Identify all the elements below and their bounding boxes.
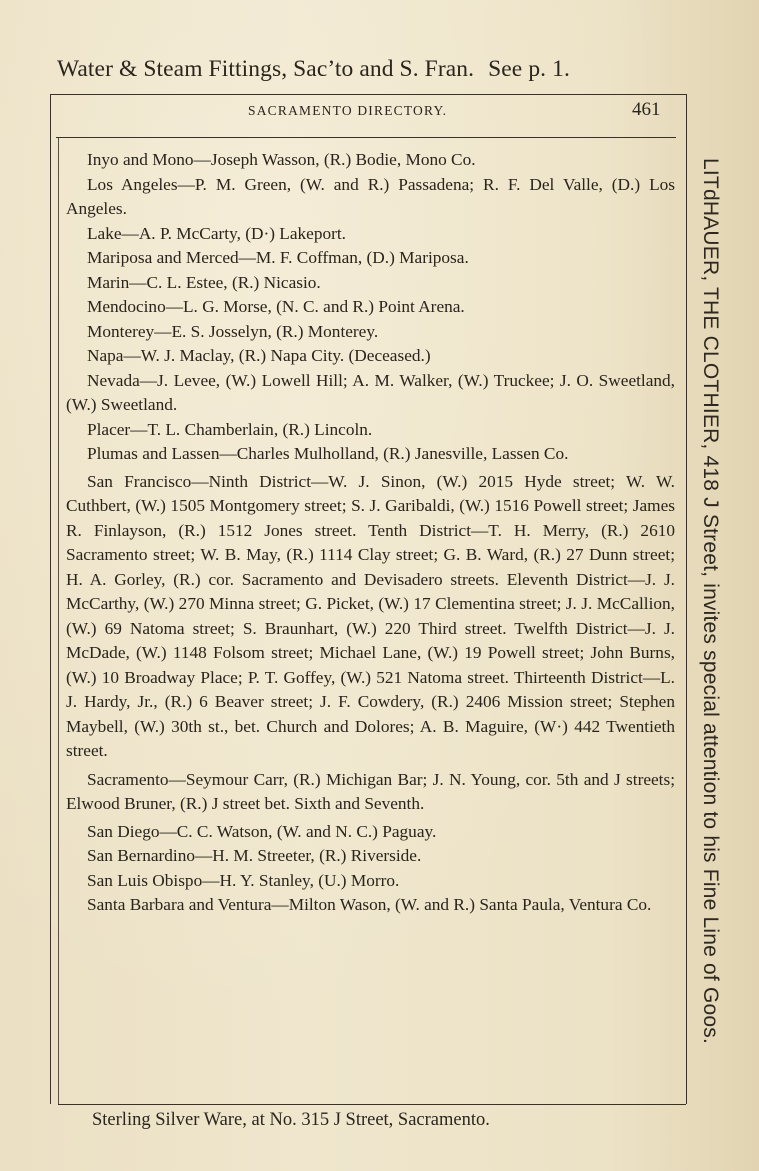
bottom-advertisement-banner: Sterling Silver Ware, at No. 315 J Stree… bbox=[92, 1110, 490, 1131]
directory-entry: Inyo and Mono—Joseph Wasson, (R.) Bodie,… bbox=[66, 148, 675, 173]
directory-entry: Marin—C. L. Estee, (R.) Nicasio. bbox=[66, 271, 675, 296]
directory-entry: San Bernardino—H. M. Streeter, (R.) Rive… bbox=[66, 844, 675, 869]
directory-entry: Nevada—J. Levee, (W.) Lowell Hill; A. M.… bbox=[66, 369, 675, 418]
top-advertisement-banner: Water & Steam Fittings, Sac’to and S. Fr… bbox=[57, 56, 697, 83]
directory-entry: San Francisco—Ninth District—W. J. Sinon… bbox=[66, 470, 675, 764]
see-page-reference: See p. 1. bbox=[488, 56, 570, 82]
running-head-title: SACRAMENTO DIRECTORY. bbox=[248, 103, 447, 119]
directory-entry: Mendocino—L. G. Morse, (N. C. and R.) Po… bbox=[66, 295, 675, 320]
directory-body: Inyo and Mono—Joseph Wasson, (R.) Bodie,… bbox=[66, 148, 675, 918]
frame-bottom-rule bbox=[58, 1104, 686, 1105]
page-number: 461 bbox=[632, 99, 661, 121]
directory-entry: Plumas and Lassen—Charles Mulholland, (R… bbox=[66, 442, 675, 467]
header-rule bbox=[56, 137, 676, 138]
directory-entry: Napa—W. J. Maclay, (R.) Napa City. (Dece… bbox=[66, 344, 675, 369]
side-advertisement: LITdHAUER, THE CLOTHIER, 418 J Street, i… bbox=[695, 158, 725, 1028]
frame-inner-left-rule bbox=[58, 137, 59, 1104]
directory-entry: Los Angeles—P. M. Green, (W. and R.) Pas… bbox=[66, 173, 675, 222]
directory-entry: Lake—A. P. McCarty, (D·) Lakeport. bbox=[66, 222, 675, 247]
directory-entry: Placer—T. L. Chamberlain, (R.) Lincoln. bbox=[66, 418, 675, 443]
directory-entry: Santa Barbara and Ventura—Milton Wason, … bbox=[66, 893, 675, 918]
side-advertisement-text: LITdHAUER, THE CLOTHIER, 418 J Street, i… bbox=[695, 158, 725, 1028]
top-advertisement-text: Water & Steam Fittings, Sac’to and S. Fr… bbox=[57, 56, 474, 82]
directory-entry: Mariposa and Merced—M. F. Coffman, (D.) … bbox=[66, 246, 675, 271]
directory-entry: San Diego—C. C. Watson, (W. and N. C.) P… bbox=[66, 820, 675, 845]
directory-entry: Monterey—E. S. Josselyn, (R.) Monterey. bbox=[66, 320, 675, 345]
directory-entry: Sacramento—Seymour Carr, (R.) Michigan B… bbox=[66, 768, 675, 817]
directory-entry: San Luis Obispo—H. Y. Stanley, (U.) Morr… bbox=[66, 869, 675, 894]
